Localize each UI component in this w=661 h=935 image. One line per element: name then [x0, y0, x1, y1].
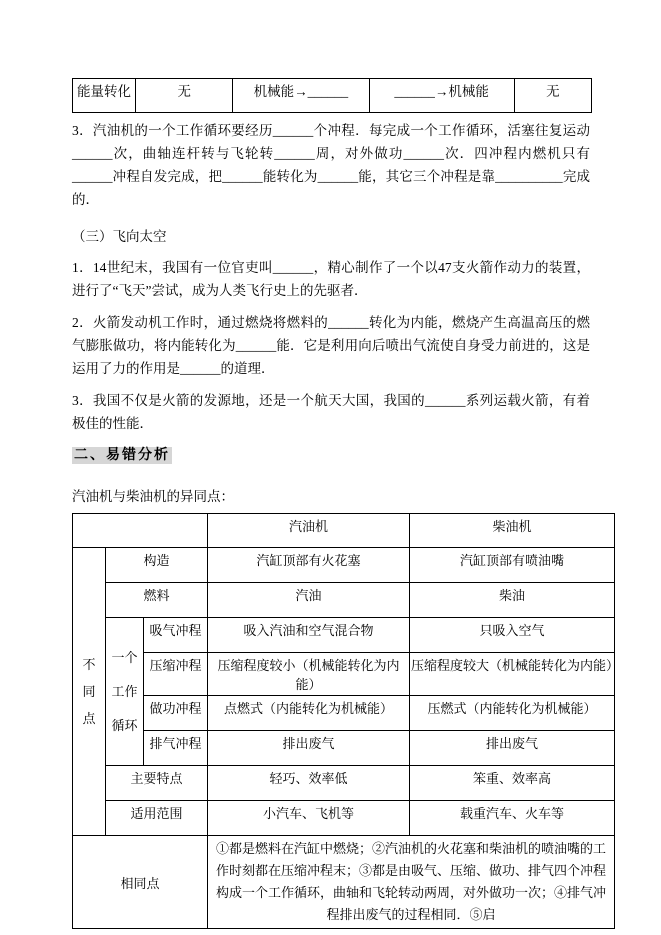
cell-diesel-compression: 压缩程度较大（机械能转化为内能）: [410, 653, 615, 696]
section-title-fly-to-space: （三）飞向太空: [72, 225, 590, 248]
cell-gas-exhaust: 排出废气: [208, 731, 410, 766]
row-label-exhaust-stroke: 排气冲程: [144, 731, 208, 766]
section-heading-error-analysis: 二、易错分析: [72, 446, 661, 466]
row-label-applications: 适用范围: [106, 801, 208, 836]
row-label-intake-stroke: 吸气冲程: [144, 618, 208, 653]
table-row-applications: 适用范围 小汽车、飞机等 载重汽车、火车等: [73, 801, 615, 836]
cell-diesel-intake: 只吸入空气: [410, 618, 615, 653]
question-rocket-3: 3．我国不仅是火箭的发源地，还是一个航天大国，我国的______系列运载火箭，有…: [72, 389, 590, 435]
cell-diesel-power: 压燃式（内能转化为机械能）: [410, 696, 615, 731]
cell-gas-intake: 吸入汽油和空气混合物: [208, 618, 410, 653]
section-heading-highlight: 二、易错分析: [72, 447, 172, 464]
question-gas-engine-cycle: 3．汽油机的一个工作循环要经历______个冲程．每完成一个工作循环，活塞往复运…: [72, 119, 590, 211]
table-row-power-stroke: 做功冲程 点燃式（内能转化为机械能） 压燃式（内能转化为机械能）: [73, 696, 615, 731]
table-row-main-features: 主要特点 轻巧、效率低 笨重、效率高: [73, 766, 615, 801]
energy-conversion-row: 能量转化 无 机械能→______ ______→机械能 无: [73, 79, 592, 113]
question-rocket-2: 2．火箭发动机工作时，通过燃烧将燃料的______转化为内能，燃烧产生高温高压的…: [72, 311, 590, 380]
table-row-compression-stroke: 压缩冲程 压缩程度较小（机械能转化为内能） 压缩程度较大（机械能转化为内能）: [73, 653, 615, 696]
cell-diesel-applications: 载重汽车、火车等: [410, 801, 615, 836]
row-label-structure: 构造: [106, 548, 208, 583]
energy-cell-none-2: 无: [514, 79, 591, 113]
energy-cell-mechanical-to-blank: 机械能→______: [233, 79, 369, 113]
question-rocket-1: 1．14世纪末，我国有一位官吏叫______，精心制作了一个以47支火箭作动力的…: [72, 256, 590, 302]
row-label-similarities: 相同点: [73, 836, 208, 929]
cell-gas-features: 轻巧、效率低: [208, 766, 410, 801]
cell-gas-fuel: 汽油: [208, 583, 410, 618]
column-header-diesel-engine: 柴油机: [410, 514, 615, 548]
energy-conversion-table: 能量转化 无 机械能→______ ______→机械能 无: [72, 78, 592, 113]
merged-cell-work-cycle: 一个工作循环: [106, 618, 144, 766]
merged-cell-differences: 不同点: [73, 548, 106, 836]
compare-table-corner-cell: [73, 514, 208, 548]
cell-diesel-fuel: 柴油: [410, 583, 615, 618]
cell-diesel-structure: 汽缸顶部有喷油嘴: [410, 548, 615, 583]
row-label-compression-stroke: 压缩冲程: [144, 653, 208, 696]
table-row-fuel: 燃料 汽油 柴油: [73, 583, 615, 618]
cell-gas-structure: 汽缸顶部有火花塞: [208, 548, 410, 583]
cell-diesel-exhaust: 排出废气: [410, 731, 615, 766]
row-label-fuel: 燃料: [106, 583, 208, 618]
energy-row-label: 能量转化: [73, 79, 136, 113]
engine-comparison-table: 汽油机 柴油机 不同点 构造 汽缸顶部有火花塞 汽缸顶部有喷油嘴 燃料 汽油 柴…: [72, 513, 615, 929]
cell-diesel-features: 笨重、效率高: [410, 766, 615, 801]
row-label-main-features: 主要特点: [106, 766, 208, 801]
table-row-intake-stroke: 一个工作循环 吸气冲程 吸入汽油和空气混合物 只吸入空气: [73, 618, 615, 653]
table-row-structure: 不同点 构造 汽缸顶部有火花塞 汽缸顶部有喷油嘴: [73, 548, 615, 583]
energy-cell-blank-to-mechanical: ______→机械能: [369, 79, 514, 113]
worksheet-page: 能量转化 无 机械能→______ ______→机械能 无 3．汽油机的一个工…: [0, 0, 661, 935]
column-header-gasoline-engine: 汽油机: [208, 514, 410, 548]
table-row-exhaust-stroke: 排气冲程 排出废气 排出废气: [73, 731, 615, 766]
compare-intro-text: 汽油机与柴油机的异同点：: [72, 485, 590, 508]
cell-gas-power: 点燃式（内能转化为机械能）: [208, 696, 410, 731]
table-row-header: 汽油机 柴油机: [73, 514, 615, 548]
cell-similarities-text: ①都是燃料在汽缸中燃烧；②汽油机的火花塞和柴油机的喷油嘴的工作时刻都在压缩冲程末…: [208, 836, 615, 929]
cell-gas-applications: 小汽车、飞机等: [208, 801, 410, 836]
row-label-power-stroke: 做功冲程: [144, 696, 208, 731]
table-row-similarities: 相同点 ①都是燃料在汽缸中燃烧；②汽油机的火花塞和柴油机的喷油嘴的工作时刻都在压…: [73, 836, 615, 929]
energy-cell-none-1: 无: [136, 79, 233, 113]
cell-gas-compression: 压缩程度较小（机械能转化为内能）: [208, 653, 410, 696]
